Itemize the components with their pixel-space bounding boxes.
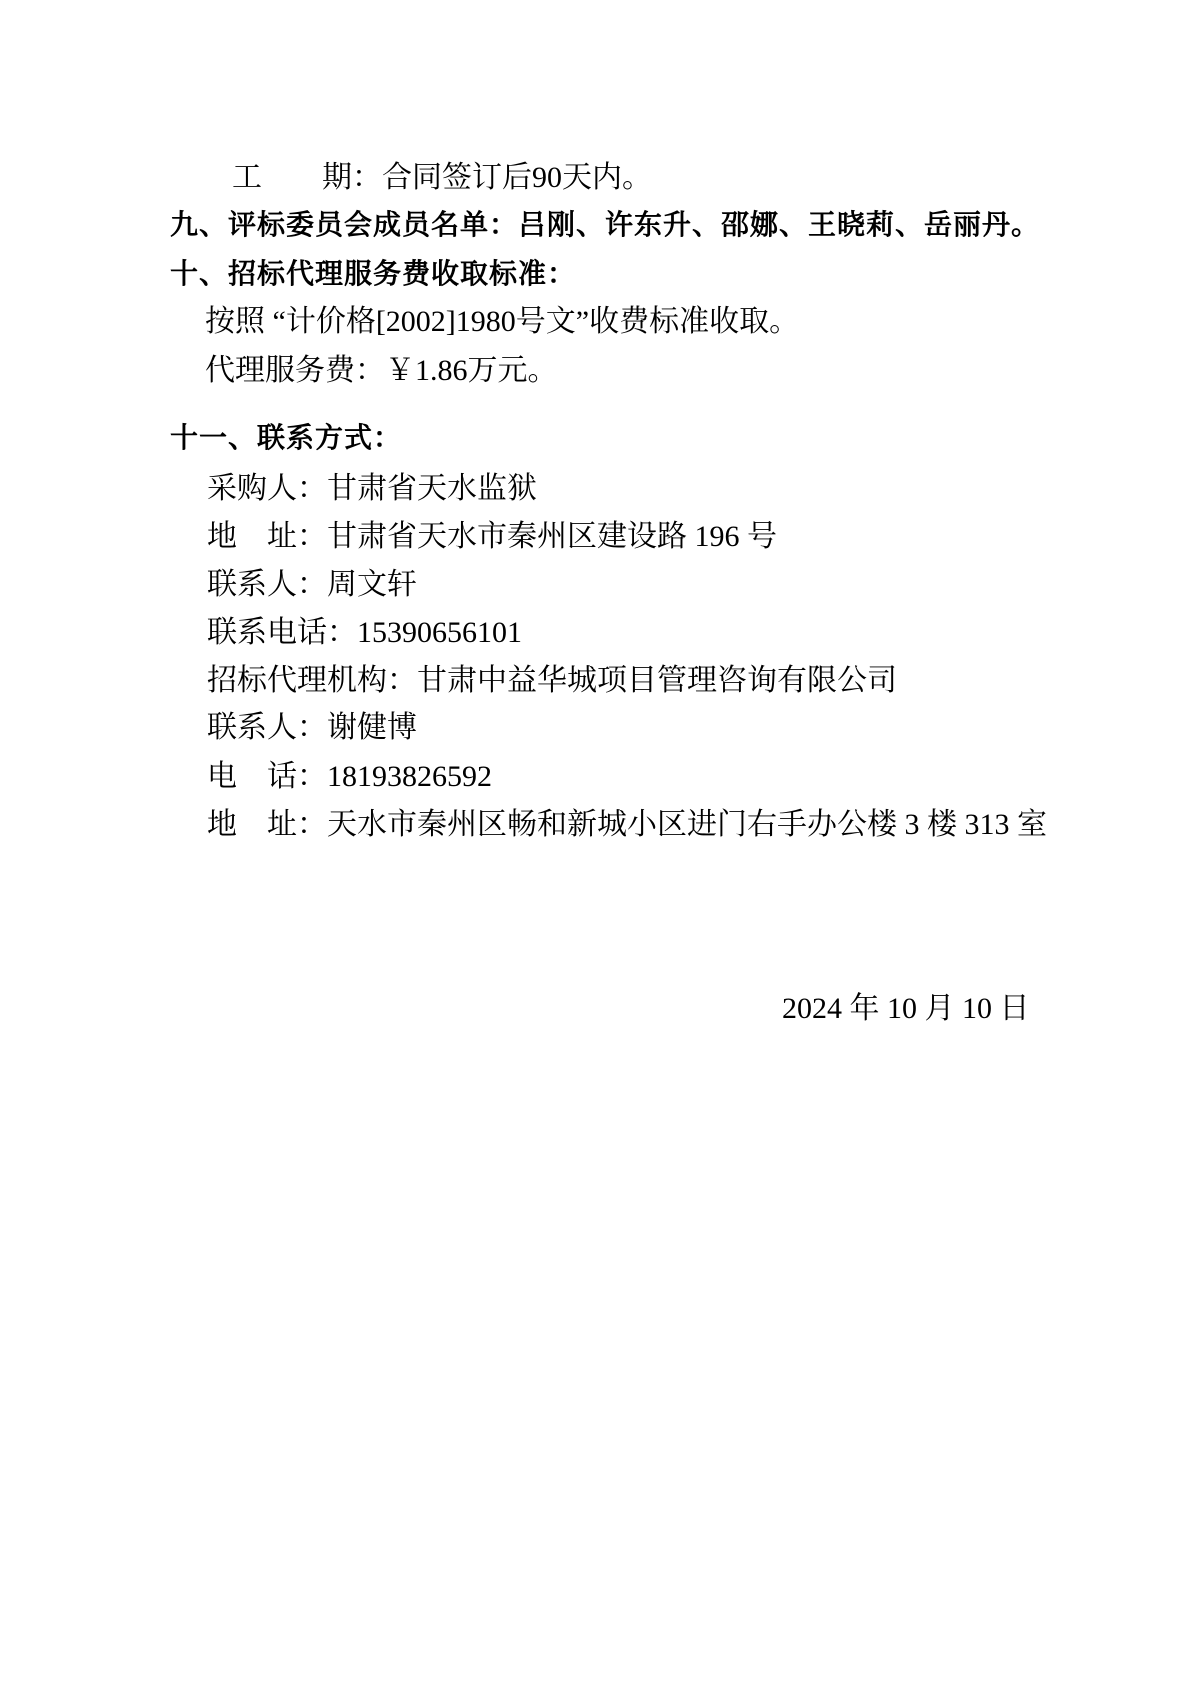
purchaser-name-line: 采购人：甘肃省天水监狱 bbox=[207, 471, 537, 507]
evaluation-committee-heading: 九、评标委员会成员名单：吕刚、许东升、邵娜、王晓莉、岳丽丹。 bbox=[170, 207, 1040, 243]
document-date: 2024 年 10 月 10 日 bbox=[782, 991, 1030, 1027]
purchaser-address-line: 地 址：甘肃省天水市秦州区建设路 196 号 bbox=[207, 519, 777, 555]
purchaser-phone-line: 联系电话：15390656101 bbox=[207, 615, 522, 651]
agency-fee-standard-heading: 十、招标代理服务费收取标准： bbox=[170, 256, 576, 292]
agency-name-line: 招标代理机构：甘肃中益华城项目管理咨询有限公司 bbox=[207, 663, 897, 699]
contact-info-heading: 十一、联系方式： bbox=[170, 420, 402, 456]
purchaser-contact-person-line: 联系人：周文轩 bbox=[207, 567, 417, 603]
fee-basis-line: 按照 “计价格[2002]1980号文”收费标准收取。 bbox=[205, 304, 799, 340]
agency-phone-line: 电 话：18193826592 bbox=[207, 759, 492, 795]
document-page: 工 期：合同签订后90天内。 九、评标委员会成员名单：吕刚、许东升、邵娜、王晓莉… bbox=[0, 0, 1191, 1684]
agency-fee-amount-line: 代理服务费：￥1.86万元。 bbox=[205, 353, 558, 389]
agency-contact-person-line: 联系人：谢健博 bbox=[207, 710, 417, 746]
construction-period-line: 工 期：合同签订后90天内。 bbox=[232, 160, 652, 196]
agency-address-line: 地 址：天水市秦州区畅和新城小区进门右手办公楼 3 楼 313 室 bbox=[207, 807, 1047, 843]
